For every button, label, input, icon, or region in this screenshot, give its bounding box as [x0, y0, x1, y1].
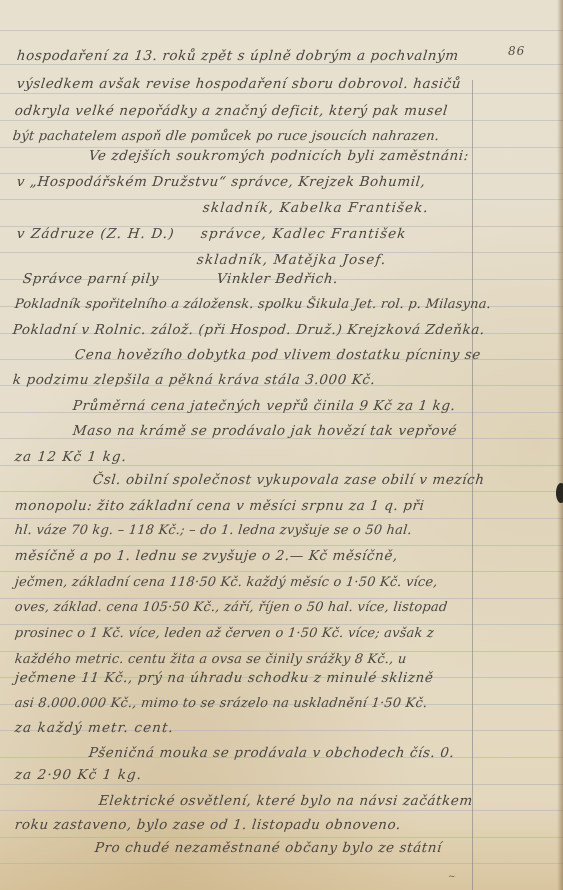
text-line: hospodaření za 13. roků zpět s úplně dob… — [16, 48, 460, 64]
text-line: Správce parní pily — [22, 271, 160, 287]
text-line: za 2·90 Kč 1 kg. — [14, 767, 143, 783]
rule-line — [0, 491, 563, 492]
binding-hole — [556, 483, 563, 503]
text-line: za 12 Kč 1 kg. — [14, 449, 128, 465]
text-line: asi 8.000.000 Kč., mimo to se srázelo na… — [14, 696, 428, 711]
chronicle-page: 86 hospodaření za 13. roků zpět s úplně … — [0, 0, 563, 890]
rule-line — [0, 518, 563, 519]
text-line: Maso na krámě se prodávalo jak hovězí ta… — [72, 423, 458, 439]
text-line: Průměrná cena jatečných vepřů činila 9 K… — [72, 398, 456, 414]
text-line: Čsl. obilní společnost vykupovala zase o… — [92, 472, 485, 488]
text-line: Pokladní v Rolnic. zálož. (při Hospod. D… — [12, 322, 486, 338]
text-line: měsíčně a po 1. lednu se zvyšuje o 2.— K… — [14, 548, 399, 564]
rule-line — [0, 624, 563, 625]
text-line: skladník, Matějka Josef. — [196, 252, 387, 268]
rule-line — [0, 30, 563, 31]
text-line: ječmene 11 Kč., prý na úhradu schodku z … — [14, 670, 434, 686]
text-line: být pachatelem aspoň dle pomůcek po ruce… — [12, 129, 440, 144]
text-line: Pšeničná mouka se prodávala v obchodech … — [88, 745, 455, 761]
rule-line — [0, 571, 563, 572]
text-line: ječmen, základní cena 118·50 Kč. každý m… — [14, 575, 438, 590]
text-line: roku zastaveno, bylo zase od 1. listopad… — [14, 817, 402, 833]
text-line: Cena hovězího dobytka pod vlivem dostatk… — [74, 347, 482, 363]
text-line: Vinkler Bedřich. — [216, 271, 339, 287]
text-line: Ve zdejších soukromých podnicích byli za… — [88, 148, 470, 164]
rule-line — [0, 545, 563, 546]
text-line: správce, Kadlec František — [200, 226, 407, 242]
rule-line — [0, 810, 563, 811]
text-line: Pokladník spořitelního a záložensk. spol… — [14, 297, 492, 312]
rule-line — [0, 598, 563, 599]
page-number: 86 — [508, 44, 525, 58]
text-line: hl. váze 70 kg. – 118 Kč.; – do 1. ledna… — [14, 523, 413, 538]
text-line: prosinec o 1 Kč. více, leden až červen o… — [14, 626, 435, 641]
rule-line — [0, 837, 563, 838]
text-line: každého metric. centu žita a ovsa se čin… — [14, 652, 407, 667]
text-line: oves, základ. cena 105·50 Kč., září, říj… — [14, 600, 448, 615]
text-line: skladník, Kabelka František. — [202, 200, 430, 216]
rule-line — [0, 120, 563, 121]
page-edge-shadow — [557, 0, 563, 890]
text-line: v „Hospodářském Družstvu“ správce, Krejz… — [16, 174, 426, 190]
rule-line — [0, 784, 563, 785]
text-line: odkryla velké nepořádky a značný deficit… — [14, 103, 449, 119]
pencil-mark: ~ — [448, 872, 456, 882]
text-line: Pro chudé nezaměstnané občany bylo ze st… — [94, 840, 443, 856]
text-line: za každý metr. cent. — [14, 720, 175, 736]
text-line: monopolu: žito základní cena v měsíci sr… — [14, 498, 425, 514]
rule-line — [0, 465, 563, 466]
rule-line — [0, 64, 563, 65]
rule-line — [0, 93, 563, 94]
text-line: v Zádruze (Z. H. D.) — [16, 226, 175, 242]
text-line: k podzimu zlepšila a pěkná kráva stála 3… — [12, 372, 376, 388]
text-line: výsledkem avšak revise hospodaření sboru… — [16, 76, 462, 92]
rule-line — [0, 863, 563, 864]
text-line: Elektrické osvětlení, které bylo na návs… — [98, 793, 474, 809]
